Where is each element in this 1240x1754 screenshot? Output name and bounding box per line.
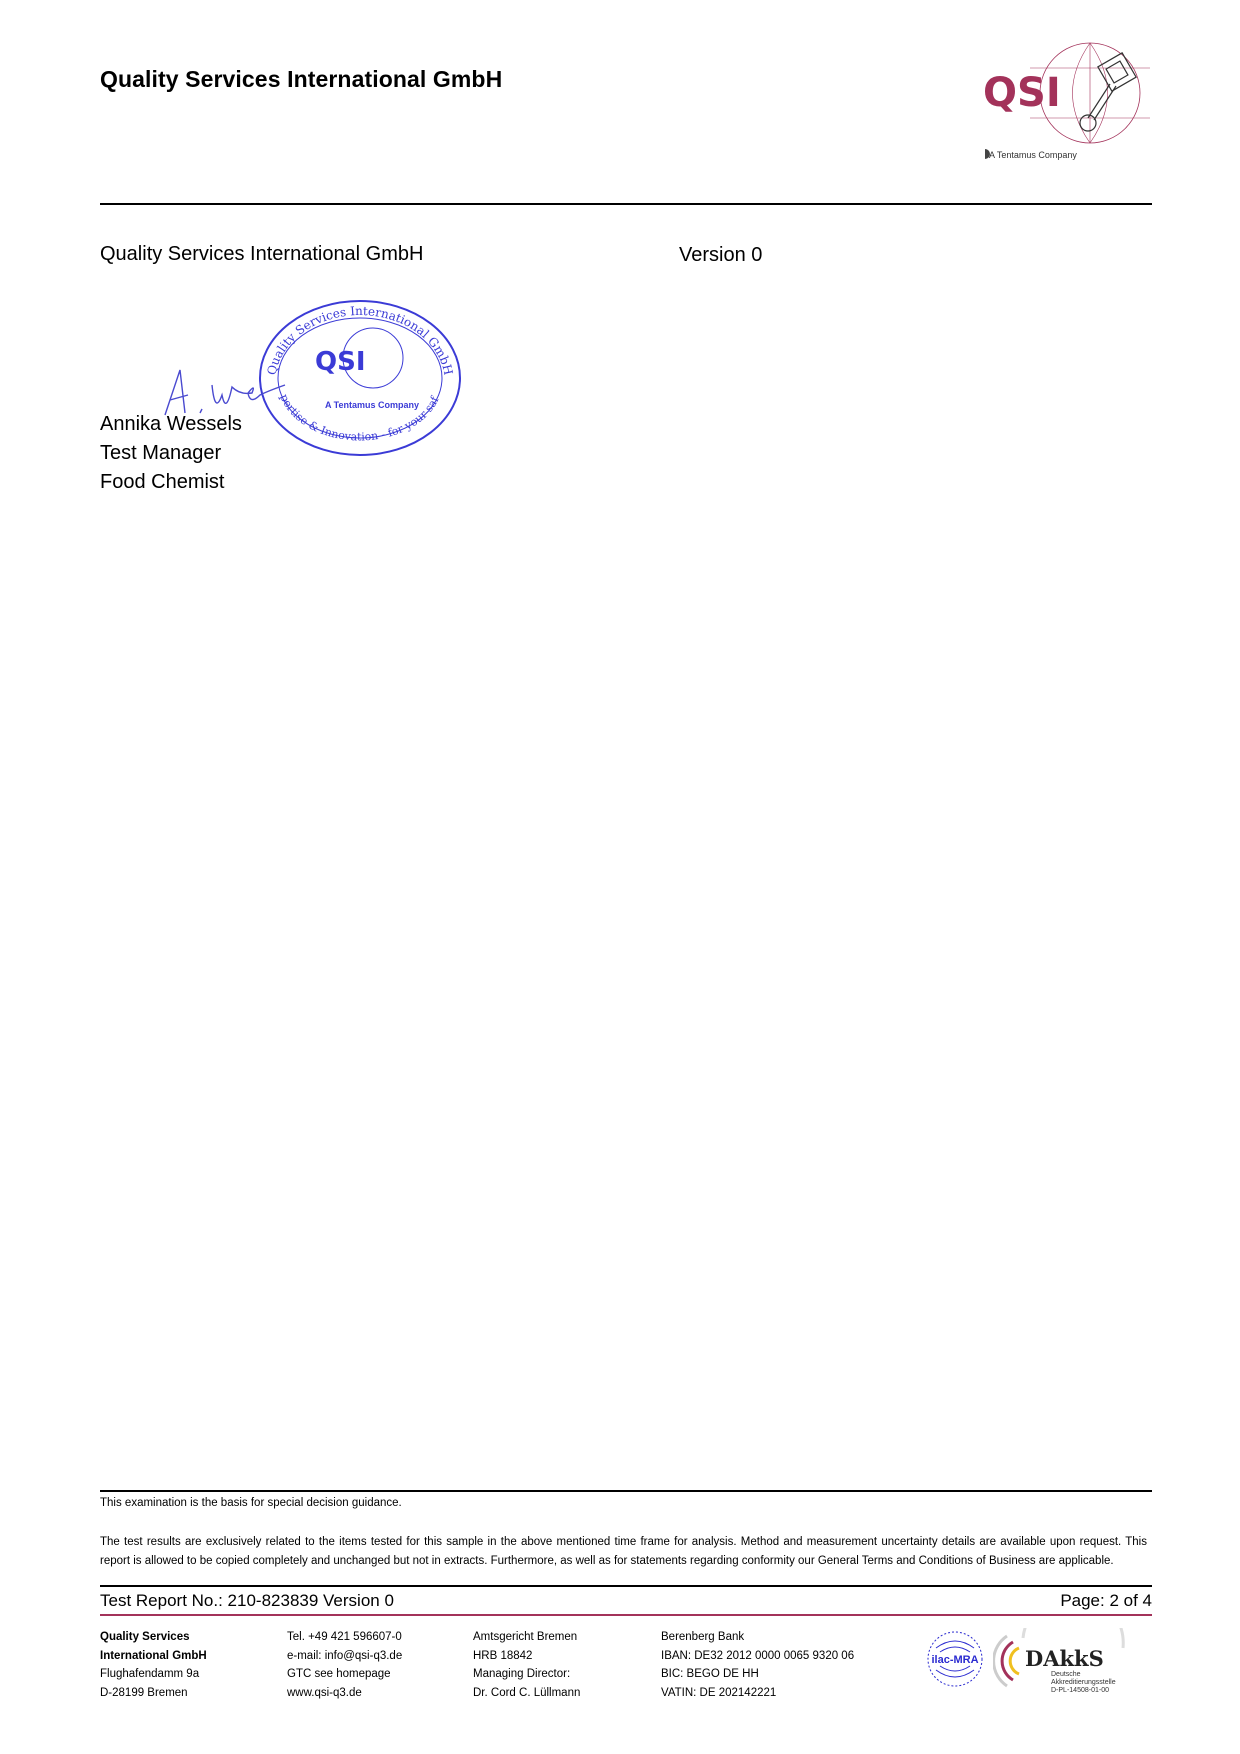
footer-court: Amtsgericht Bremen — [473, 1628, 580, 1647]
footer-director-label: Managing Director: — [473, 1665, 580, 1684]
qsi-logo: QSI A Tentamus Company — [985, 38, 1155, 163]
footer-company-line: Quality Services — [100, 1628, 207, 1647]
header-title: Quality Services International GmbH — [100, 66, 502, 93]
footer-vatin: VATIN: DE 202142221 — [661, 1684, 854, 1703]
footer-contact-column: Tel. +49 421 596607-0 e-mail: info@qsi-q… — [287, 1628, 402, 1702]
svg-text:A Tentamus Company: A Tentamus Company — [989, 150, 1077, 160]
signatory-block: Annika Wessels Test Manager Food Chemist — [100, 410, 242, 497]
decision-note: This examination is the basis for specia… — [100, 1497, 402, 1509]
svg-text:Deutsche: Deutsche — [1051, 1671, 1081, 1678]
svg-text:QSI: QSI — [315, 347, 366, 377]
svg-text:Akkreditierungsstelle: Akkreditierungsstelle — [1051, 1679, 1116, 1686]
signatory-title: Food Chemist — [100, 468, 242, 497]
svg-text:ilac-MRA: ilac-MRA — [931, 1654, 978, 1666]
signatory-name: Annika Wessels — [100, 410, 242, 439]
footer-divider — [100, 1614, 1152, 1616]
footer-top-divider — [100, 1585, 1152, 1587]
footer-email-link[interactable]: e-mail: info@qsi-q3.de — [287, 1647, 402, 1666]
ilac-mra-logo: ilac-MRA — [926, 1630, 984, 1688]
signatory-role: Test Manager — [100, 439, 242, 468]
footer-hrb: HRB 18842 — [473, 1647, 580, 1666]
svg-text:D-PL-14508-01-00: D-PL-14508-01-00 — [1051, 1687, 1109, 1694]
footer-bank-column: Berenberg Bank IBAN: DE32 2012 0000 0065… — [661, 1628, 854, 1702]
footer-company-column: Quality Services International GmbH Flug… — [100, 1628, 207, 1702]
footer-address-city: D-28199 Bremen — [100, 1684, 207, 1703]
notes-divider — [100, 1490, 1152, 1492]
footer-registry-column: Amtsgericht Bremen HRB 18842 Managing Di… — [473, 1628, 580, 1702]
footer-director-name: Dr. Cord C. Lüllmann — [473, 1684, 580, 1703]
footer-bic: BIC: BEGO DE HH — [661, 1665, 854, 1684]
footer-company-line: International GmbH — [100, 1647, 207, 1666]
footer-gtc: GTC see homepage — [287, 1665, 402, 1684]
svg-text:DAkkS: DAkkS — [1025, 1646, 1104, 1671]
svg-text:QSI: QSI — [985, 70, 1061, 116]
svg-text:A Tentamus Company: A Tentamus Company — [325, 400, 419, 410]
dakks-logo: DAkkS Deutsche Akkreditierungsstelle D-P… — [993, 1628, 1153, 1694]
company-name: Quality Services International GmbH — [100, 243, 423, 266]
footer-website-link[interactable]: www.qsi-q3.de — [287, 1684, 402, 1703]
footer-address-street: Flughafendamm 9a — [100, 1665, 207, 1684]
footer-bank: Berenberg Bank — [661, 1628, 854, 1647]
footer-phone: Tel. +49 421 596607-0 — [287, 1628, 402, 1647]
header-divider — [100, 203, 1152, 205]
disclaimer-note: The test results are exclusively related… — [100, 1533, 1147, 1570]
footer-iban: IBAN: DE32 2012 0000 0065 9320 06 — [661, 1647, 854, 1666]
report-number: Test Report No.: 210-823839 Version 0 — [100, 1591, 394, 1611]
page-number: Page: 2 of 4 — [1060, 1591, 1152, 1611]
version-label: Version 0 — [679, 244, 762, 267]
